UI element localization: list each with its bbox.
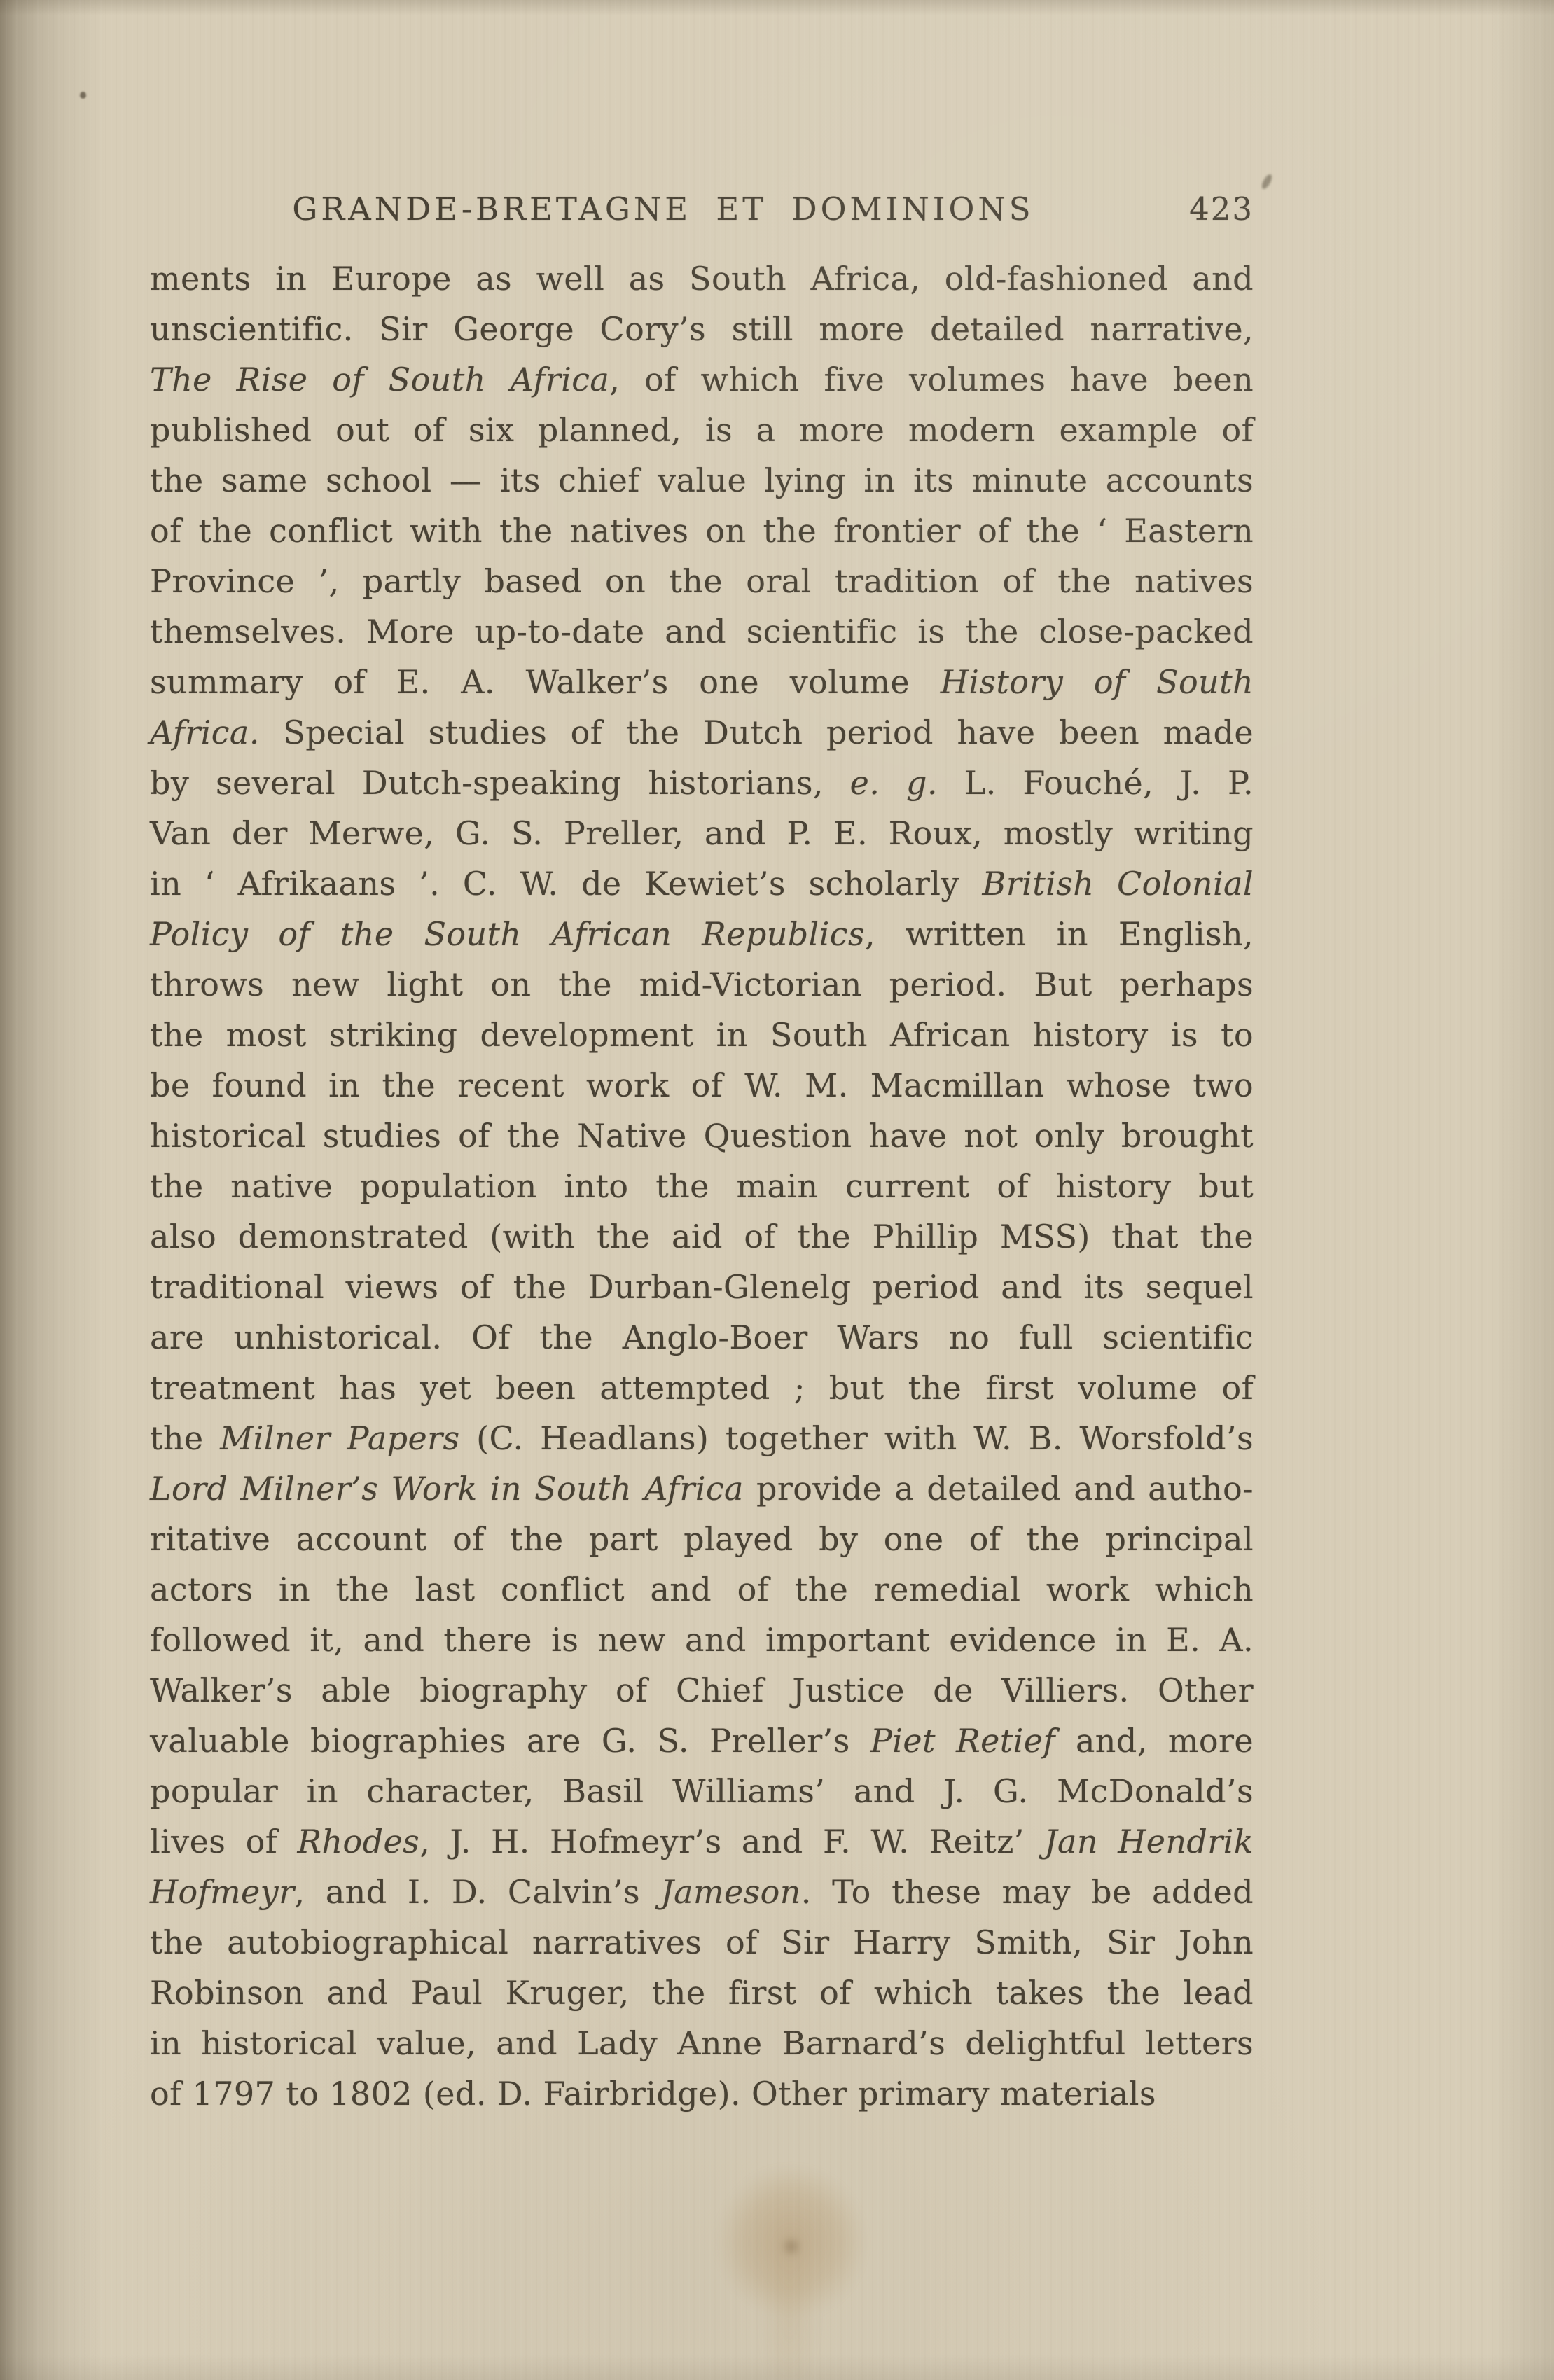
text-segment: in ‘ Afrikaans ’. C. W. de Kewiet’s scho…	[150, 865, 983, 903]
text-line: by several Dutch-speaking historians, e.…	[150, 758, 1254, 808]
text-line: Policy of the South African Republics, w…	[150, 909, 1254, 959]
running-head: GRANDE-BRETAGNE ET DOMINIONS 423	[150, 188, 1254, 231]
text-line: Van der Merwe, G. S. Preller, and P. E. …	[150, 808, 1254, 858]
text-segment: traditional views of the Durban-Glenelg …	[150, 1268, 1254, 1306]
text-line: actors in the last conflict and of the r…	[150, 1564, 1254, 1615]
text-segment-italic: Africa.	[150, 714, 260, 751]
text-segment: historical studies of the Native Questio…	[150, 1117, 1254, 1155]
text-segment: Special studies of the Dutch period have…	[260, 714, 1254, 751]
text-segment-italic: Lord Milner’s Work in South Africa	[150, 1470, 744, 1508]
text-segment: , of which five volumes have been	[609, 361, 1254, 398]
text-line: Walker’s able biography of Chief Justice…	[150, 1665, 1254, 1716]
text-line: of 1797 to 1802 (ed. D. Fairbridge). Oth…	[150, 2068, 1254, 2119]
text-segment-italic: Hofmeyr	[150, 1873, 294, 1911]
text-segment: the same school — its chief value lying …	[150, 461, 1254, 499]
text-line: the native population into the main curr…	[150, 1161, 1254, 1211]
text-line: the most striking development in South A…	[150, 1010, 1254, 1060]
text-segment: provide a detailed and autho-	[744, 1470, 1254, 1508]
text-segment: of the conflict with the natives on the …	[150, 512, 1254, 550]
ink-speck	[80, 92, 86, 99]
text-segment: actors in the last conflict and of the r…	[150, 1571, 1254, 1608]
text-line: are unhistorical. Of the Anglo-Boer Wars…	[150, 1312, 1254, 1363]
text-line: ritative account of the part played by o…	[150, 1514, 1254, 1564]
text-segment: the	[150, 1419, 220, 1457]
text-segment: ments in Europe as well as South Africa,…	[150, 260, 1254, 298]
text-segment: throws new light on the mid-Victorian pe…	[150, 966, 1254, 1003]
text-line: Hofmeyr, and I. D. Calvin’s Jameson. To …	[150, 1867, 1254, 1917]
text-line: summary of E. A. Walker’s one volume His…	[150, 657, 1254, 707]
text-line: published out of six planned, is a more …	[150, 405, 1254, 455]
text-segment: lives of	[150, 1823, 297, 1860]
text-line: valuable biographies are G. S. Preller’s…	[150, 1716, 1254, 1766]
text-segment-italic: The Rise of South Africa	[150, 361, 609, 398]
text-segment: Province ’, partly based on the oral tra…	[150, 562, 1254, 600]
running-head-title: GRANDE-BRETAGNE ET DOMINIONS	[150, 188, 1177, 231]
text-segment: in historical value, and Lady Anne Barna…	[150, 2024, 1254, 2062]
text-segment-italic: Jan Hendrik	[1044, 1823, 1254, 1860]
page-number: 423	[1189, 188, 1254, 231]
text-segment: by several Dutch-speaking historians,	[150, 764, 850, 802]
text-line: Robinson and Paul Kruger, the first of w…	[150, 1968, 1254, 2018]
text-segment: ritative account of the part played by o…	[150, 1520, 1254, 1558]
text-segment: summary of E. A. Walker’s one volume	[150, 663, 941, 701]
text-segment: Walker’s able biography of Chief Justice…	[150, 1671, 1254, 1709]
text-line: themselves. More up-to-date and scientif…	[150, 606, 1254, 657]
text-line: treatment has yet been attempted ; but t…	[150, 1363, 1254, 1413]
text-line: the Milner Papers (C. Headlans) together…	[150, 1413, 1254, 1463]
text-line: ments in Europe as well as South Africa,…	[150, 253, 1254, 304]
text-segment: and, more	[1055, 1722, 1254, 1760]
text-line: of the conflict with the natives on the …	[150, 506, 1254, 556]
text-segment: published out of six planned, is a more …	[150, 411, 1254, 449]
text-segment: themselves. More up-to-date and scientif…	[150, 613, 1254, 650]
text-line: in historical value, and Lady Anne Barna…	[150, 2018, 1254, 2068]
text-line: followed it, and there is new and import…	[150, 1615, 1254, 1665]
text-line: in ‘ Afrikaans ’. C. W. de Kewiet’s scho…	[150, 858, 1254, 909]
text-line: the autobiographical narratives of Sir H…	[150, 1917, 1254, 1968]
text-segment: the most striking development in South A…	[150, 1016, 1254, 1054]
text-segment: valuable biographies are G. S. Preller’s	[150, 1722, 870, 1760]
text-segment: Van der Merwe, G. S. Preller, and P. E. …	[150, 814, 1254, 852]
text-segment: the autobiographical narratives of Sir H…	[150, 1923, 1254, 1961]
page-edge-shadow-top	[0, 0, 1554, 15]
page-edge-shadow-right	[1491, 0, 1554, 2380]
text-segment: unscientific. Sir George Cory’s still mo…	[150, 310, 1254, 348]
text-line: popular in character, Basil Williams’ an…	[150, 1766, 1254, 1816]
text-segment: treatment has yet been attempted ; but t…	[150, 1369, 1254, 1407]
text-segment-italic: e. g.	[850, 764, 938, 802]
text-line: throws new light on the mid-Victorian pe…	[150, 959, 1254, 1010]
text-segment: be found in the recent work of W. M. Mac…	[150, 1066, 1254, 1104]
paper-stain	[698, 2150, 885, 2380]
text-line: Province ’, partly based on the oral tra…	[150, 556, 1254, 606]
text-segment: of 1797 to 1802 (ed. D. Fairbridge). Oth…	[150, 2075, 1156, 2113]
text-line: historical studies of the Native Questio…	[150, 1111, 1254, 1161]
text-segment-italic: British Colonial	[983, 865, 1254, 903]
text-segment: are unhistorical. Of the Anglo-Boer Wars…	[150, 1318, 1254, 1356]
text-line: unscientific. Sir George Cory’s still mo…	[150, 304, 1254, 354]
text-line: be found in the recent work of W. M. Mac…	[150, 1060, 1254, 1111]
scanned-book-page: GRANDE-BRETAGNE ET DOMINIONS 423 ments i…	[0, 0, 1554, 2380]
text-line: Africa. Special studies of the Dutch per…	[150, 707, 1254, 758]
text-segment-italic: History of South	[941, 663, 1254, 701]
text-segment-italic: Policy of the South African Republics	[150, 915, 865, 953]
text-segment: popular in character, Basil Williams’ an…	[150, 1772, 1254, 1810]
text-segment: L. Fouché, J. P.	[938, 764, 1254, 802]
text-segment-italic: Milner Papers	[220, 1419, 459, 1457]
text-segment: also demonstrated (with the aid of the P…	[150, 1218, 1254, 1255]
text-line: lives of Rhodes, J. H. Hofmeyr’s and F. …	[150, 1816, 1254, 1867]
text-segment: followed it, and there is new and import…	[150, 1621, 1254, 1659]
text-line: The Rise of South Africa, of which five …	[150, 354, 1254, 405]
text-segment: . To these may be added	[801, 1873, 1254, 1911]
page-edge-shadow-left	[0, 0, 105, 2380]
text-segment-italic: Piet Retief	[870, 1722, 1055, 1760]
text-line: traditional views of the Durban-Glenelg …	[150, 1262, 1254, 1312]
text-line: also demonstrated (with the aid of the P…	[150, 1211, 1254, 1262]
ink-speck	[1261, 173, 1273, 190]
body-text: ments in Europe as well as South Africa,…	[150, 253, 1254, 2119]
text-segment-italic: Rhodes	[297, 1823, 419, 1860]
text-segment: (C. Headlans) together with W. B. Worsfo…	[460, 1419, 1254, 1457]
text-segment: the native population into the main curr…	[150, 1167, 1254, 1205]
text-segment: , J. H. Hofmeyr’s and F. W. Reitz’	[419, 1823, 1044, 1860]
text-segment: Robinson and Paul Kruger, the first of w…	[150, 1974, 1254, 2012]
text-line: the same school — its chief value lying …	[150, 455, 1254, 506]
text-segment: , written in English,	[865, 915, 1254, 953]
page-edge-shadow-bottom	[0, 2355, 1554, 2380]
text-line: Lord Milner’s Work in South Africa provi…	[150, 1463, 1254, 1514]
text-segment: , and I. D. Calvin’s	[294, 1873, 660, 1911]
text-segment-italic: Jameson	[660, 1873, 800, 1911]
